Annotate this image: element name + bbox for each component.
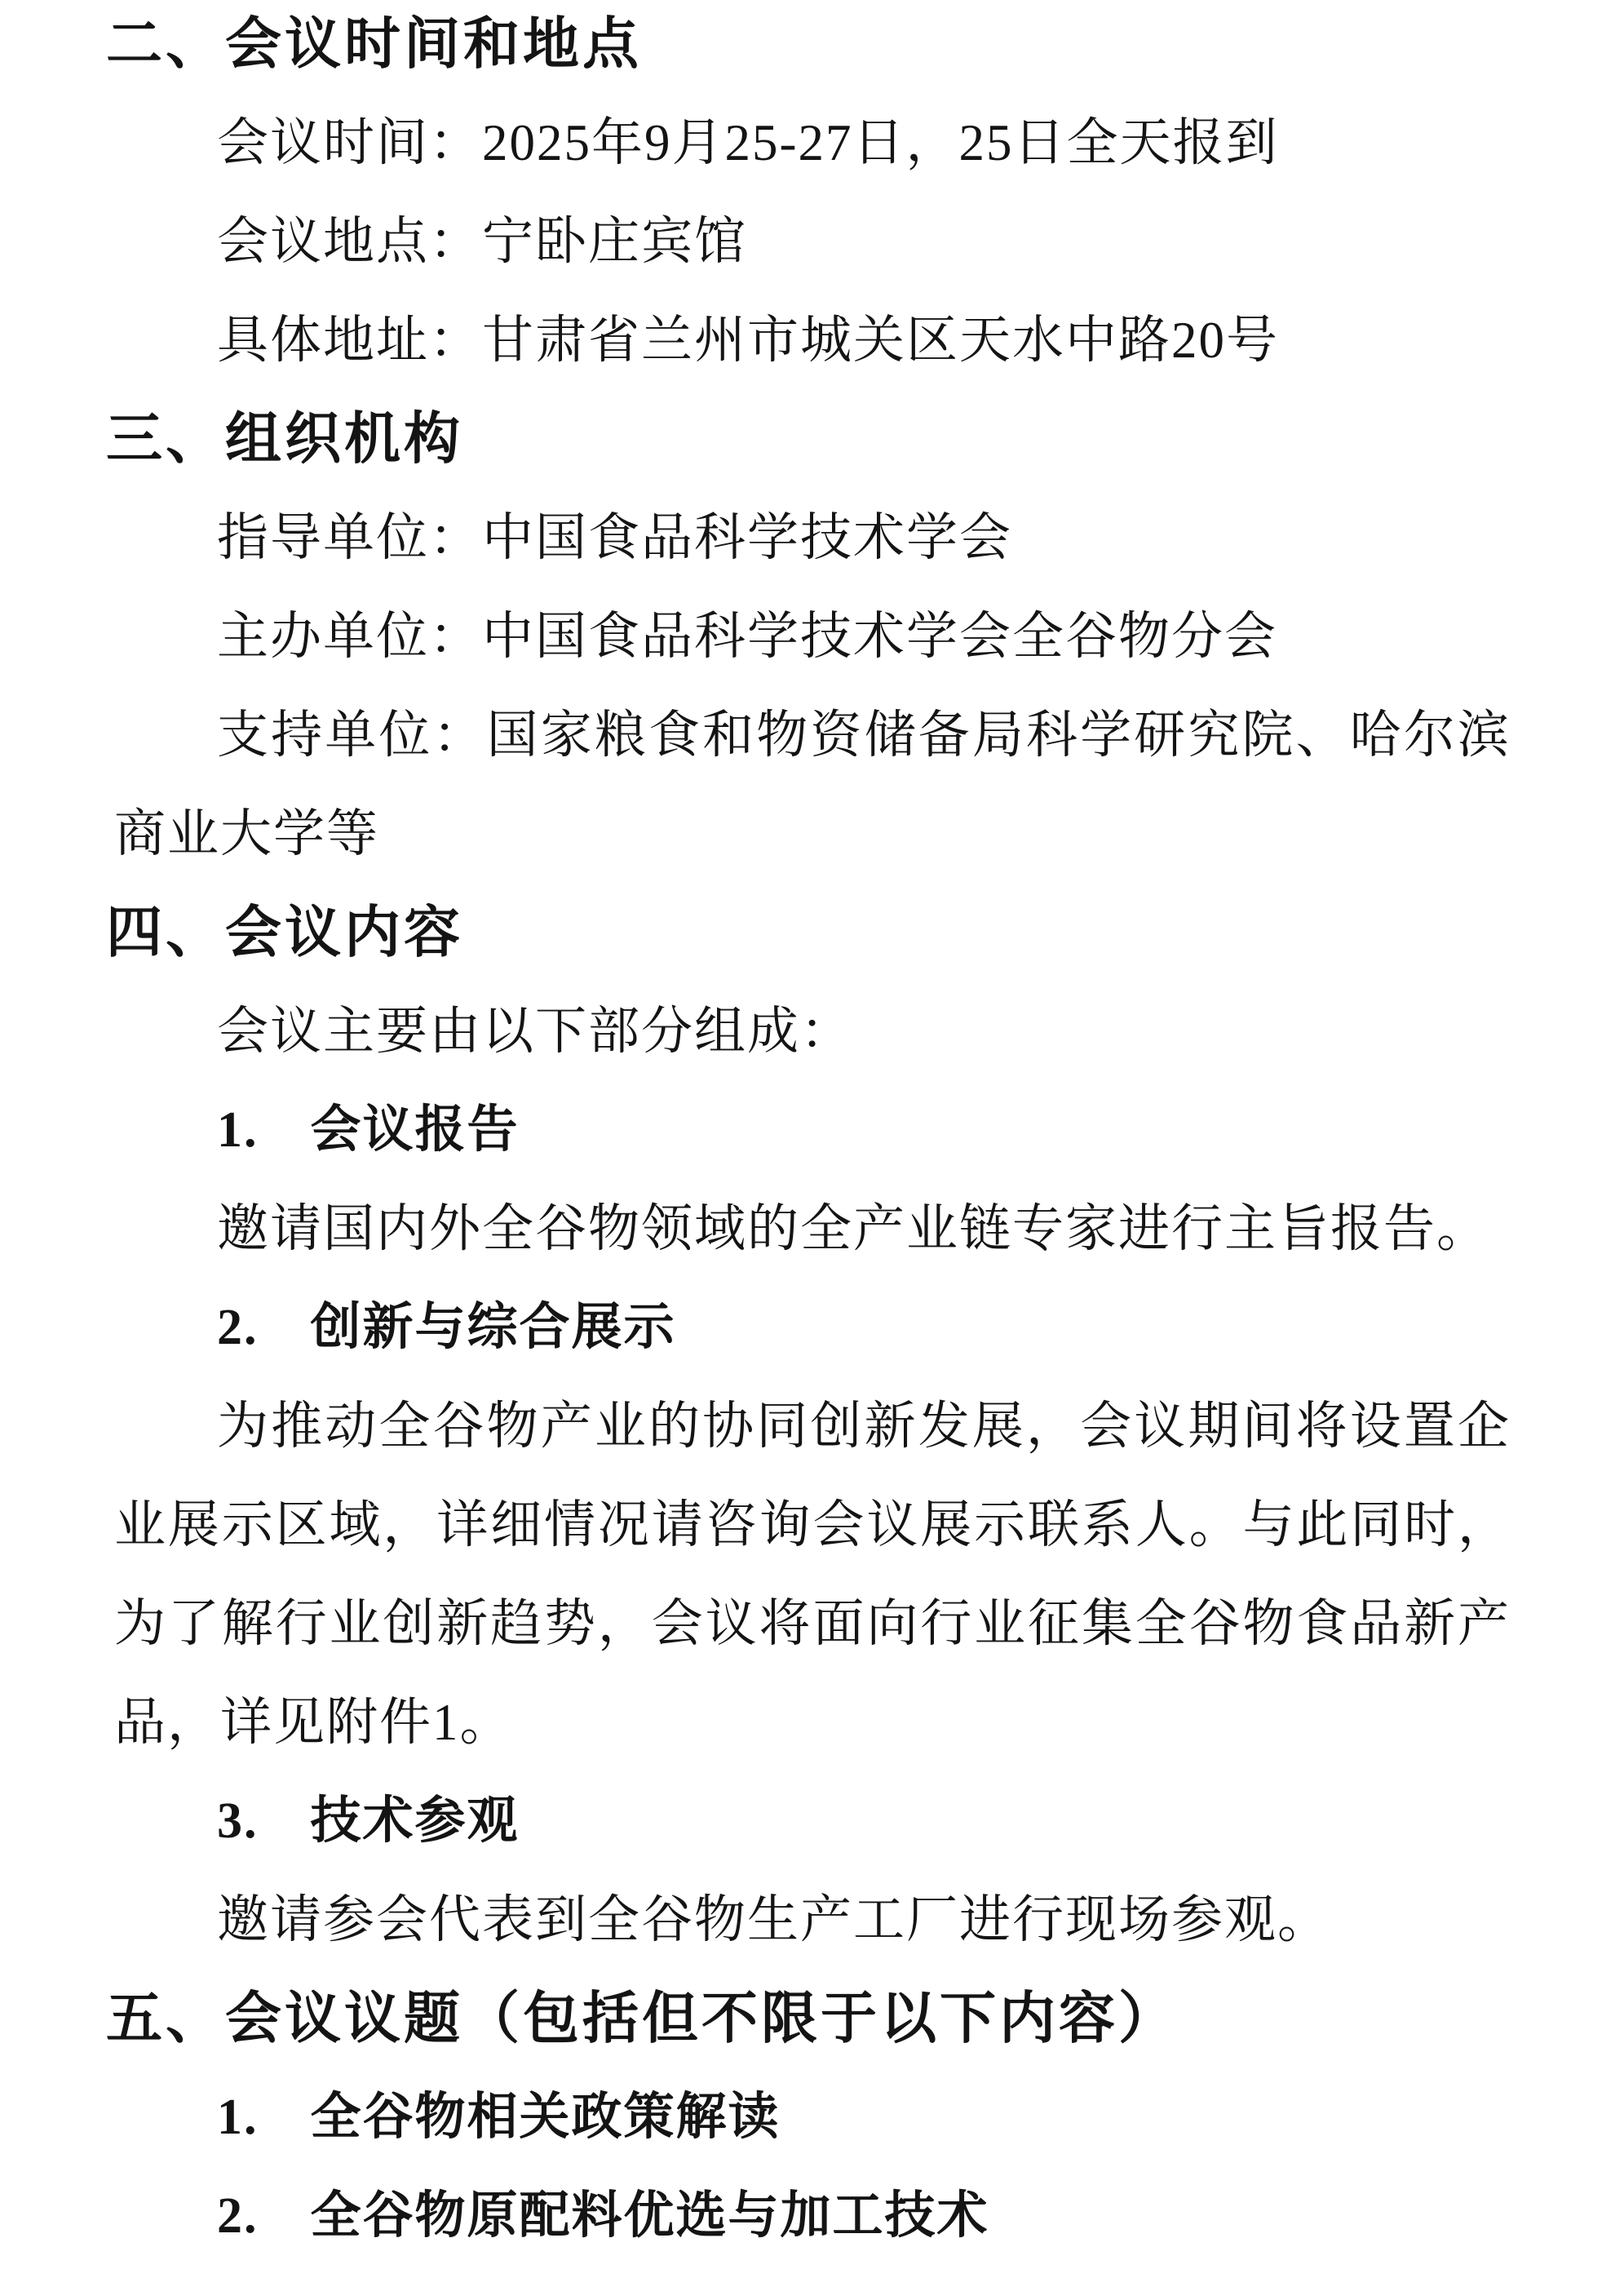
- document-line: 3. 技术参观: [114, 1772, 1511, 1871]
- document-line: 1. 会议报告: [114, 1081, 1511, 1180]
- document-line: 为了解行业创新趋势，会议将面向行业征集全谷物食品新产: [114, 1575, 1511, 1673]
- document-line: 会议时间：2025年9月25-27日，25日全天报到: [114, 94, 1511, 193]
- document-line: 为推动全谷物产业的协同创新发展，会议期间将设置企: [114, 1377, 1511, 1476]
- document-line: 邀请参会代表到全谷物生产工厂进行现场参观。: [114, 1871, 1511, 1970]
- document-line: 品，详见附件1。: [114, 1673, 1511, 1772]
- document-line: 2. 全谷物原配料优选与加工技术: [114, 2167, 1511, 2266]
- document-line: 二、会议时间和地点: [106, 0, 1511, 94]
- document-line: 四、会议内容: [106, 884, 1511, 982]
- document-line: 支持单位：国家粮食和物资储备局科学研究院、哈尔滨: [114, 686, 1511, 785]
- document-line: 业展示区域，详细情况请咨询会议展示联系人。与此同时，: [114, 1476, 1511, 1575]
- document-line: 三、组织机构: [106, 390, 1511, 489]
- document-page: 二、会议时间和地点会议时间：2025年9月25-27日，25日全天报到会议地点：…: [0, 0, 1624, 2278]
- document-line: 会议主要由以下部分组成：: [114, 982, 1511, 1081]
- document-line: 指导单位：中国食品科学技术学会: [114, 489, 1511, 587]
- document-line: 1. 全谷物相关政策解读: [114, 2068, 1511, 2167]
- document-line: 五、会议议题（包括但不限于以下内容）: [106, 1970, 1511, 2068]
- document-line: 会议地点：宁卧庄宾馆: [114, 193, 1511, 291]
- document-line: 具体地址：甘肃省兰州市城关区天水中路20号: [114, 291, 1511, 390]
- document-line: 商业大学等: [114, 785, 1511, 884]
- document-line: 邀请国内外全谷物领域的全产业链专家进行主旨报告。: [114, 1180, 1511, 1279]
- document-body: 二、会议时间和地点会议时间：2025年9月25-27日，25日全天报到会议地点：…: [114, 0, 1511, 2266]
- document-line: 2. 创新与综合展示: [114, 1279, 1511, 1377]
- document-line: 主办单位：中国食品科学技术学会全谷物分会: [114, 587, 1511, 686]
